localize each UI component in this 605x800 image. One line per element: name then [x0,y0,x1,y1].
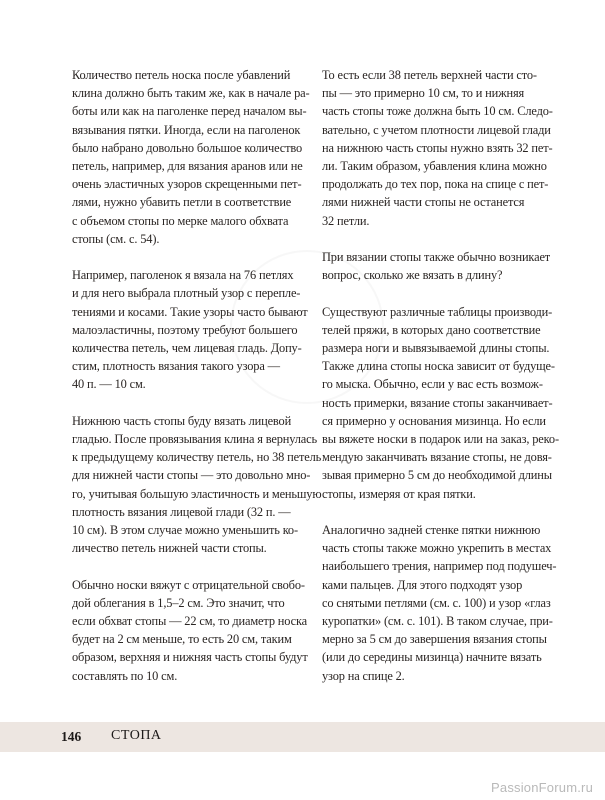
text-line: образом, верхняя и нижняя часть стопы бу… [72,648,312,666]
text-line: размера ноги и вывязываемой длины стопы. [322,339,562,357]
text-line: Обычно носки вяжут с отрицательной свобо… [72,576,312,594]
text-line: к предыдущему количеству петель, но 38 п… [72,448,312,466]
text-line: часть стопы также можно укрепить в места… [322,539,562,557]
text-line: го мыска. Обычно, если у вас есть возмож… [322,375,562,393]
text-line: если обхват стопы — 22 см, то диаметр но… [72,612,312,630]
paragraph: То есть если 38 петель верхней части сто… [322,66,562,230]
paragraph: Количество петель носка после убавленийк… [72,66,312,248]
text-line: стим, плотность вязания такого узора — [72,357,312,375]
text-line: мерно за 5 см до завершения вязания стоп… [322,630,562,648]
footer-band [0,722,605,752]
paragraph: Нижнюю часть стопы буду вязать лицевойгл… [72,412,312,558]
text-line: Например, паголенок я вязала на 76 петля… [72,266,312,284]
text-line: ли. Таким образом, убавления клина можно [322,157,562,175]
text-line: вязывания пятки. Иногда, если на паголен… [72,121,312,139]
text-line: вопрос, сколько же вязать в длину? [322,266,562,284]
page-number: 146 [61,729,81,745]
text-line: То есть если 38 петель верхней части сто… [322,66,562,84]
right-text-column: То есть если 38 петель верхней части сто… [322,66,562,703]
text-line: с объемом стопы по мерке малого обхвата [72,212,312,230]
text-line: петель, например, для вязания аранов или… [72,157,312,175]
paragraph: Существуют различные таблицы производи-т… [322,303,562,503]
text-line: вы вяжете носки в подарок или на заказ, … [322,430,562,448]
text-line: тениями и косами. Такие узоры часто быва… [72,303,312,321]
section-title: СТОПА [111,728,162,744]
text-line: личество петель нижней части стопы. [72,539,312,557]
paragraph: При вязании стопы также обычно возникает… [322,248,562,284]
text-line: Количество петель носка после убавлений [72,66,312,84]
text-line: плотность вязания лицевой глади (32 п. — [72,503,312,521]
text-line: зывая примерно 5 см до необходимой длины [322,466,562,484]
text-line: на нижнюю часть стопы нужно взять 32 пет… [322,139,562,157]
text-line: составлять по 10 см. [72,667,312,685]
paragraph: Аналогично задней стенке пятки нижнюючас… [322,521,562,685]
text-line: лями нижней части стопы не останется [322,193,562,211]
left-text-column: Количество петель носка после убавленийк… [72,66,312,703]
text-line: малоэластичны, поэтому требуют большего [72,321,312,339]
text-line: го, учитывая большую эластичность и мень… [72,485,312,503]
text-line: боты или как на паголенке перед началом … [72,102,312,120]
text-line: для нижней части стопы — это довольно мн… [72,466,312,484]
text-line: будет на 2 см меньше, то есть 20 см, так… [72,630,312,648]
text-line: клина должно быть таким же, как в начале… [72,84,312,102]
text-line: продолжать до тех пор, пока на спице с п… [322,175,562,193]
text-line: наибольшего трения, например под подушеч… [322,557,562,575]
text-line: ность примерки, вязание стопы заканчивае… [322,394,562,412]
text-line: лями, нужно убавить петли в соответствие [72,193,312,211]
text-line: было набрано довольно большое количество [72,139,312,157]
text-line: куропатки» (см. с. 101). В таком случае,… [322,612,562,630]
text-line: (или до середины мизинца) начните вязать [322,648,562,666]
paragraph: Обычно носки вяжут с отрицательной свобо… [72,576,312,685]
text-line: и для него выбрала плотный узор с перепл… [72,284,312,302]
text-line: вательно, с учетом плотности лицевой гла… [322,121,562,139]
text-line: Нижнюю часть стопы буду вязать лицевой [72,412,312,430]
text-line: 40 п. — 10 см. [72,375,312,393]
text-line: 10 см). В этом случае можно уменьшить ко… [72,521,312,539]
paragraph: Например, паголенок я вязала на 76 петля… [72,266,312,393]
text-line: количества петель, чем лицевая гладь. До… [72,339,312,357]
text-line: со снятыми петлями (см. с. 100) и узор «… [322,594,562,612]
text-line: Аналогично задней стенке пятки нижнюю [322,521,562,539]
text-line: мендую заканчивать вязание стопы, не дов… [322,448,562,466]
text-line: При вязании стопы также обычно возникает [322,248,562,266]
text-line: дой облегания в 1,5–2 см. Это значит, чт… [72,594,312,612]
text-line: ками пальцев. Для этого подходят узор [322,576,562,594]
text-line: стопы, измеряя от края пятки. [322,485,562,503]
text-line: телей пряжи, в которых дано соответствие [322,321,562,339]
text-line: пы — это примерно 10 см, то и нижняя [322,84,562,102]
site-watermark: PassionForum.ru [491,780,593,795]
text-line: гладью. После провязывания клина я верну… [72,430,312,448]
text-line: Существуют различные таблицы производи- [322,303,562,321]
text-line: часть стопы тоже должна быть 10 см. След… [322,102,562,120]
text-line: узор на спице 2. [322,667,562,685]
text-line: ся примерно у основания мизинца. Но если [322,412,562,430]
text-line: Также длина стопы носка зависит от будущ… [322,357,562,375]
text-line: 32 петли. [322,212,562,230]
text-line: очень эластичных узоров скрещенными пет- [72,175,312,193]
text-line: стопы (см. с. 54). [72,230,312,248]
